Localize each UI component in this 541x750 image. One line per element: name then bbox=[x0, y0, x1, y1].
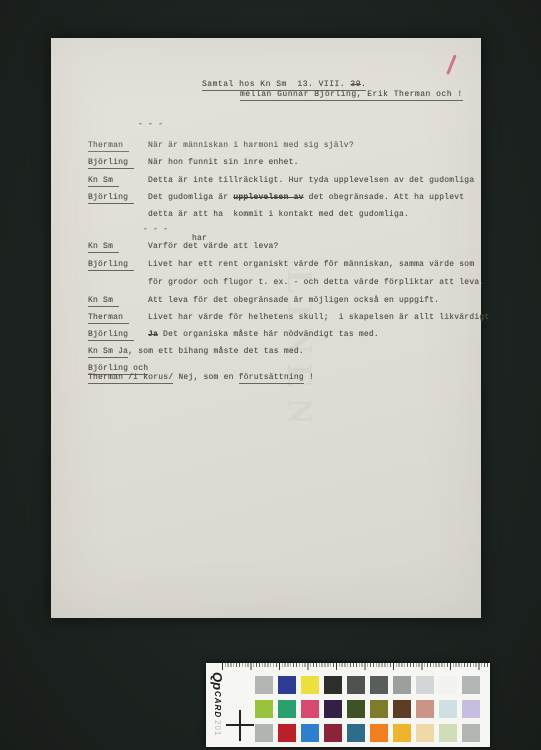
dialogue-line: Therman /i korus/ Nej, som en förutsättn… bbox=[88, 373, 314, 382]
dialogue-line: BjörlingLivet har ett rent organiskt vär… bbox=[88, 260, 474, 269]
dialogue-line: Kn Sm Ja, som ett bihang måste det tas m… bbox=[88, 347, 304, 356]
color-patch bbox=[416, 676, 434, 694]
color-patch bbox=[255, 700, 273, 718]
color-patch bbox=[278, 724, 296, 742]
document-title: Samtal hos Kn Sm 13. VIII. 39. bbox=[202, 80, 366, 89]
color-patch-grid bbox=[206, 663, 490, 747]
separator-dashes: - - - bbox=[138, 120, 163, 129]
color-patch bbox=[462, 676, 480, 694]
scan-background: LINEN Samtal hos Kn Sm 13. VIII. 39. mel… bbox=[0, 0, 541, 750]
color-patch bbox=[370, 724, 388, 742]
color-patch bbox=[347, 724, 365, 742]
color-patch bbox=[301, 700, 319, 718]
color-patch bbox=[416, 724, 434, 742]
color-patch bbox=[370, 676, 388, 694]
color-patch bbox=[255, 724, 273, 742]
dialogue-line: Kn SmAtt leva för det obegränsade är möj… bbox=[88, 296, 439, 305]
color-patch bbox=[324, 676, 342, 694]
color-patch bbox=[347, 676, 365, 694]
color-patch bbox=[324, 724, 342, 742]
color-patch bbox=[278, 676, 296, 694]
color-patch bbox=[393, 724, 411, 742]
color-patch bbox=[255, 676, 273, 694]
color-patch bbox=[278, 700, 296, 718]
color-patch bbox=[462, 700, 480, 718]
color-patch bbox=[439, 700, 457, 718]
red-pencil-mark bbox=[446, 54, 456, 74]
color-patch bbox=[301, 676, 319, 694]
qpcard-color-target: QpCARD201 bbox=[206, 663, 490, 747]
dialogue-line: ThermanLivet har värde för helhetens sku… bbox=[88, 313, 489, 322]
dialogue-continuation: detta är att ha kommit i kontakt med det… bbox=[148, 210, 409, 219]
color-patch bbox=[416, 700, 434, 718]
color-patch bbox=[462, 724, 480, 742]
color-patch bbox=[370, 700, 388, 718]
color-patch bbox=[347, 700, 365, 718]
color-patch bbox=[439, 676, 457, 694]
dialogue-line: Kn SmVarför det värde att leva? bbox=[88, 242, 279, 251]
document-subtitle: mellan Gunnar Björling, Erik Therman och… bbox=[240, 90, 463, 99]
dialogue-speaker-group: Björling och bbox=[88, 364, 148, 373]
color-patch bbox=[393, 676, 411, 694]
dialogue-line: Kn SmDetta är inte tillräckligt. Hur tyd… bbox=[88, 176, 474, 185]
dialogue-line: ThermanNär är människan i harmoni med si… bbox=[88, 141, 354, 150]
color-patch bbox=[324, 700, 342, 718]
color-patch bbox=[301, 724, 319, 742]
dialogue-line: BjörlingNär hon funnit sin inre enhet. bbox=[88, 158, 299, 167]
dialogue-line: BjörlingJaDet organiska måste här nödvän… bbox=[88, 330, 379, 339]
document-page: LINEN Samtal hos Kn Sm 13. VIII. 39. mel… bbox=[51, 38, 481, 618]
color-patch bbox=[439, 724, 457, 742]
dialogue-line: BjörlingDet gudomliga är upplevelsen av … bbox=[88, 193, 464, 202]
separator-dashes: - - - bbox=[143, 225, 168, 234]
color-patch bbox=[393, 700, 411, 718]
dialogue-continuation: för grodor och flugor t. ex. - och detta… bbox=[148, 278, 484, 287]
